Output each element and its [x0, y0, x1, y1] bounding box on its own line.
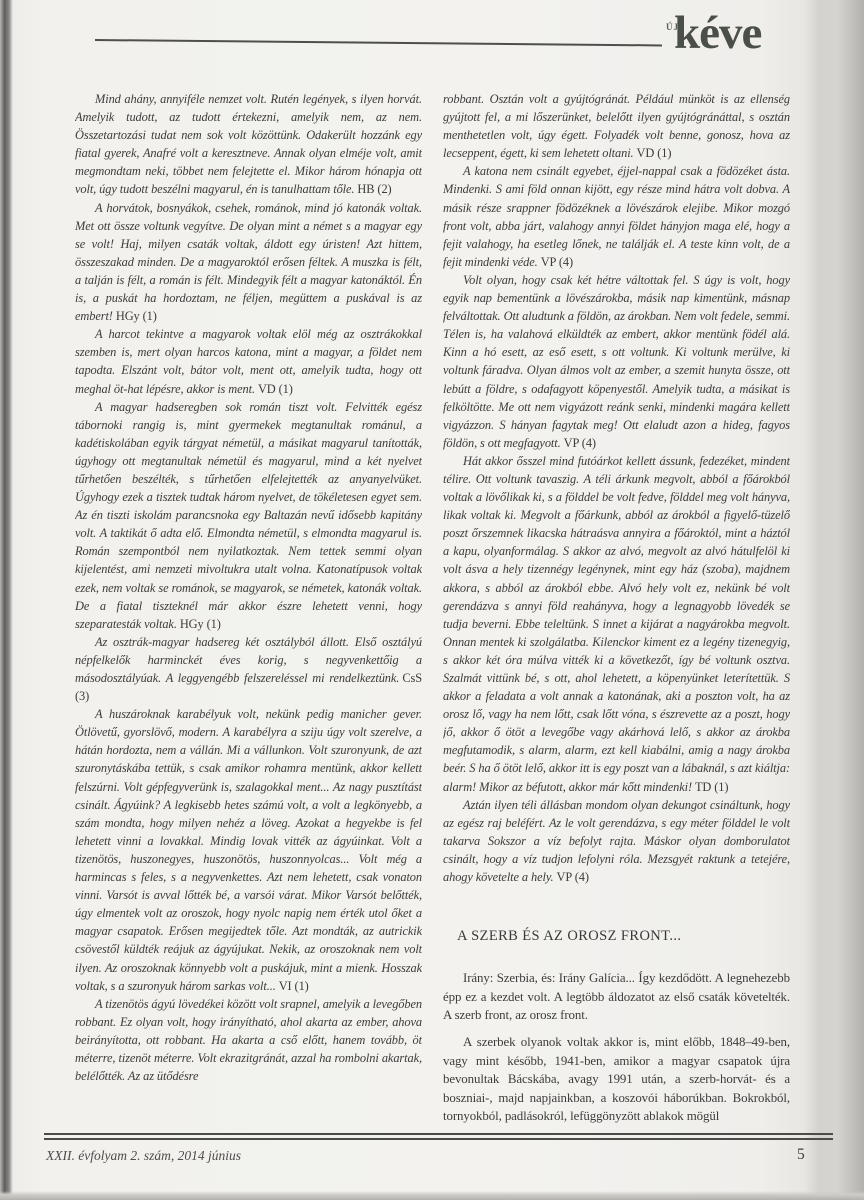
- header-rule: [95, 39, 662, 46]
- paragraph-text: A tizenötös ágyú lövedékei között volt s…: [75, 997, 422, 1083]
- paragraph-text: Volt olyan, hogy csak két hétre váltotta…: [443, 273, 790, 450]
- section-heading: A SZERB ÉS AZ OROSZ FRONT...: [457, 928, 790, 945]
- scan-edge-right: [804, 0, 864, 1200]
- scanned-page: ÚJ kéve Mind ahány, annyiféle nemzet vol…: [0, 0, 864, 1200]
- page-content: Mind ahány, annyiféle nemzet volt. Rutén…: [75, 90, 790, 1134]
- paragraph: A szerbek olyanok voltak akkor is, mint …: [443, 1033, 790, 1126]
- paragraph: A katona nem csinált egyebet, éjjel-napp…: [443, 162, 790, 271]
- source-code: VP (4): [557, 870, 589, 884]
- paragraph-text: robbant. Osztán volt a gyújtógránát. Pél…: [443, 92, 790, 160]
- source-code: VI (1): [279, 979, 309, 993]
- paragraph: Mind ahány, annyiféle nemzet volt. Rutén…: [75, 90, 422, 199]
- paragraph: robbant. Osztán volt a gyújtógránát. Pél…: [443, 90, 790, 162]
- paragraph: Aztán ilyen téli állásban mondom olyan d…: [443, 796, 790, 886]
- scan-edge-left: [0, 0, 13, 1200]
- source-code: VP (4): [541, 255, 573, 269]
- scan-edge-bottom: [0, 1191, 864, 1200]
- section-body: Irány: Szerbia, és: Irány Galícia... Így…: [443, 969, 790, 1126]
- magazine-logo: ÚJ kéve: [660, 8, 820, 70]
- paragraph-text: Hát akkor ősszel mind futóárkot kellett …: [443, 454, 790, 794]
- source-code: TD (1): [695, 780, 728, 794]
- footer-page-number: 5: [797, 1146, 805, 1164]
- footer-issue: XXII. évfolyam 2. szám, 2014 június: [46, 1148, 241, 1164]
- right-column-quotes: robbant. Osztán volt a gyújtógránát. Pél…: [443, 90, 790, 886]
- paragraph-text: A szerbek olyanok voltak akkor is, mint …: [443, 1035, 790, 1123]
- source-code: VP (4): [564, 436, 596, 450]
- paragraph-text: A magyar hadseregben sok román tiszt vol…: [75, 400, 422, 631]
- paragraph-text: Mind ahány, annyiféle nemzet volt. Rutén…: [75, 92, 422, 196]
- paragraph: A horvátok, bosnyákok, csehek, románok, …: [75, 199, 422, 326]
- paragraph-text: Aztán ilyen téli állásban mondom olyan d…: [443, 798, 790, 884]
- right-column: robbant. Osztán volt a gyújtógránát. Pél…: [443, 90, 790, 1134]
- paragraph: A harcot tekintve a magyarok voltak elöl…: [75, 325, 422, 397]
- paragraph-text: A horvátok, bosnyákok, csehek, románok, …: [75, 201, 422, 324]
- paragraph: A tizenötös ágyú lövedékei között volt s…: [75, 995, 422, 1085]
- paragraph: Volt olyan, hogy csak két hétre váltotta…: [443, 271, 790, 452]
- paragraph: Irány: Szerbia, és: Irány Galícia... Így…: [443, 969, 790, 1025]
- source-code: HGy (1): [180, 617, 221, 631]
- paragraph: A magyar hadseregben sok román tiszt vol…: [75, 398, 422, 633]
- source-code: HB (2): [357, 182, 391, 196]
- paragraph: Az osztrák-magyar hadsereg két osztálybó…: [75, 633, 422, 705]
- paragraph-text: A huszároknak karabélyuk volt, nekünk pe…: [75, 707, 422, 992]
- paragraph-text: Irány: Szerbia, és: Irány Galícia... Így…: [443, 971, 790, 1022]
- source-code: VD (1): [258, 382, 293, 396]
- paragraph: Hát akkor ősszel mind futóárkot kellett …: [443, 452, 790, 796]
- source-code: VD (1): [637, 146, 672, 160]
- logo-title: kéve: [674, 10, 761, 57]
- paragraph: A huszároknak karabélyuk volt, nekünk pe…: [75, 705, 422, 995]
- paragraph-text: A katona nem csinált egyebet, éjjel-napp…: [443, 164, 790, 268]
- footer-rule: [44, 1133, 833, 1140]
- left-column: Mind ahány, annyiféle nemzet volt. Rutén…: [75, 90, 422, 1134]
- paragraph-text: A harcot tekintve a magyarok voltak elöl…: [75, 327, 422, 395]
- paragraph-text: Az osztrák-magyar hadsereg két osztálybó…: [75, 635, 422, 685]
- source-code: HGy (1): [116, 309, 157, 323]
